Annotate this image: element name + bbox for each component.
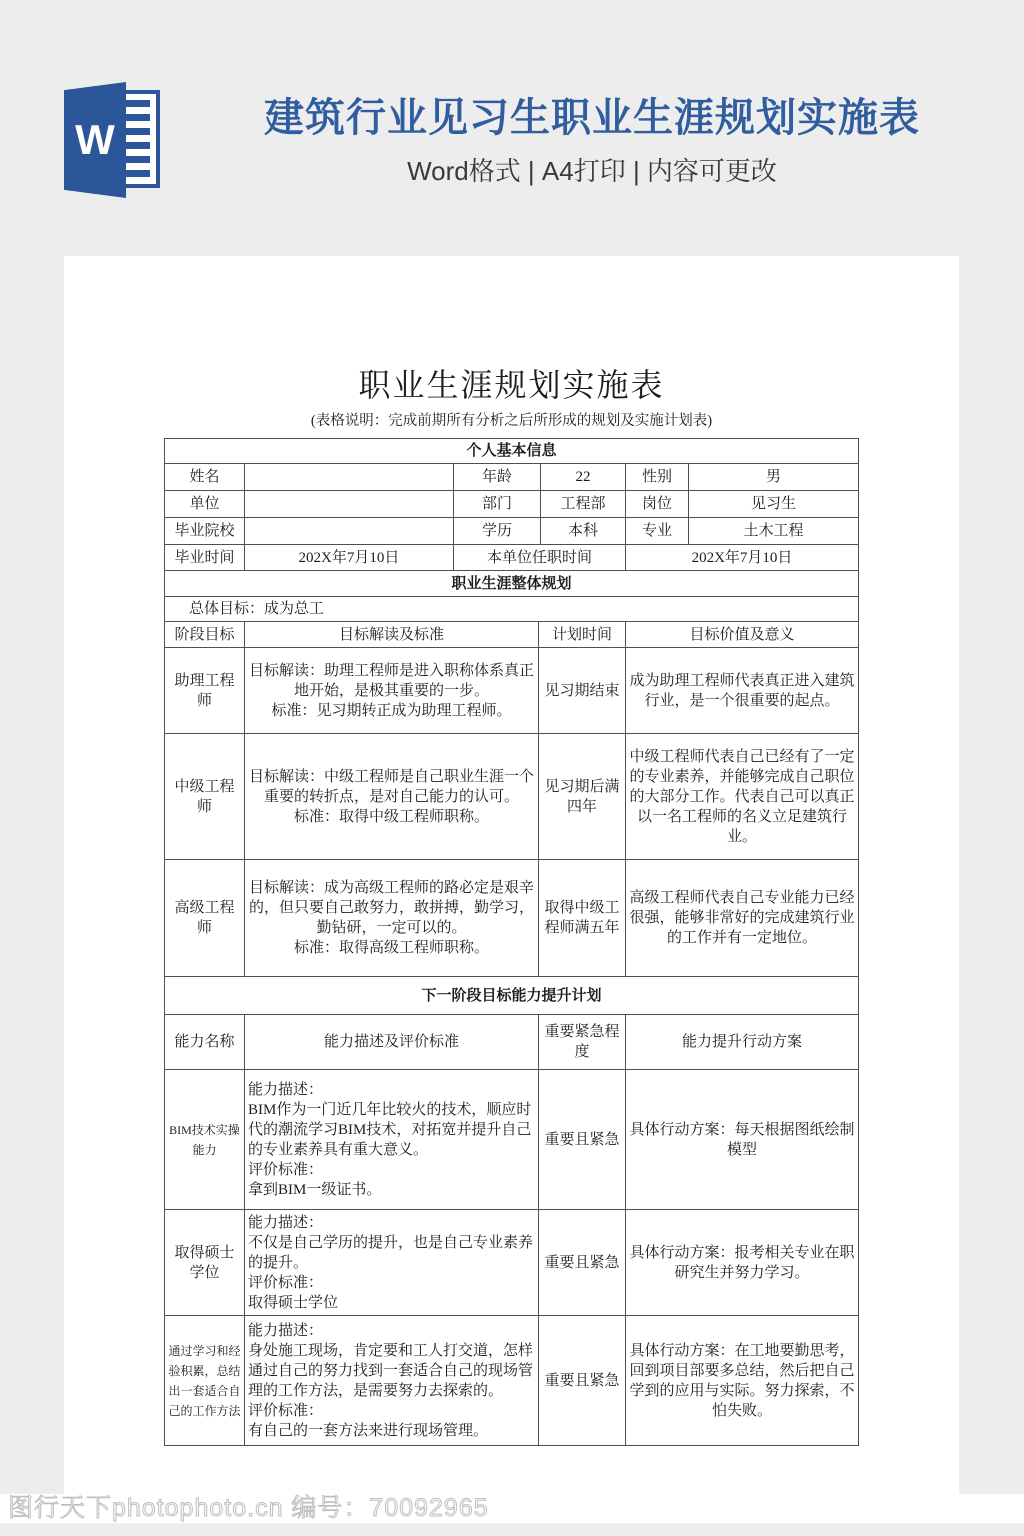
table-row: 毕业院校 学历 本科 专业 土木工程 [164,518,858,545]
ability-urgency: 重要且紧急 [538,1316,625,1446]
stage-value: 成为助理工程师代表真正进入建筑行业，是一个很重要的起点。 [625,648,858,734]
cell-label: 姓名 [164,464,244,491]
table-row: 姓名 年龄 22 性别 男 [164,464,858,491]
stage-detail: 目标解读：助理工程师是进入职称体系真正地开始，是极其重要的一步。 标准：见习期转… [244,648,538,734]
ability-action: 具体行动方案：在工地要勤思考，回到项目部要多总结，然后把自己学到的应用与实际。努… [625,1316,858,1446]
stage-time: 取得中级工程师满五年 [538,860,625,977]
ability-urgency: 重要且紧急 [538,1070,625,1210]
table-row: 取得硕士学位 能力描述： 不仅是自己学历的提升，也是自己专业素养的提升。 评价标… [164,1210,858,1316]
word-icon: W [64,82,160,198]
column-header: 能力描述及评价标准 [244,1015,538,1070]
cell-value: 工程部 [540,491,625,518]
cell-label: 学历 [453,518,540,545]
personal-info-table: 个人基本信息 姓名 年龄 22 性别 男 单位 部门 工程部 岗位 见习生 毕业… [164,438,859,571]
column-header: 能力名称 [164,1015,244,1070]
ability-action: 具体行动方案：报考相关专业在职研究生并努力学习。 [625,1210,858,1316]
banner-subtitle: Word格式 | A4打印 | 内容可更改 [190,154,994,188]
stage-detail: 目标解读：成为高级工程师的路必定是艰辛的，但只要自己敢努力，敢拼搏，勤学习，勤钻… [244,860,538,977]
section-personal-info: 个人基本信息 [164,439,858,464]
cell-value [244,464,453,491]
word-icon-letter: W [75,119,115,161]
table-row: 助理工程师 目标解读：助理工程师是进入职称体系真正地开始，是极其重要的一步。 标… [164,648,858,734]
cell-label: 部门 [453,491,540,518]
ability-name: BIM技术实操能力 [164,1070,244,1210]
ability-desc: 能力描述： BIM作为一门近几年比较火的技术，顺应时代的潮流学习BIM技术，对拓… [244,1070,538,1210]
table-row: 通过学习和经验积累，总结出一套适合自己的工作方法 能力描述： 身处施工现场，肯定… [164,1316,858,1446]
section-career-plan: 职业生涯整体规划 [164,571,858,597]
cell-label: 毕业时间 [164,545,244,571]
stage-value: 高级工程师代表自己专业能力已经很强，能够非常好的完成建筑行业的工作并有一定地位。 [625,860,858,977]
banner-text: 建筑行业见习生职业生涯规划实施表 Word格式 | A4打印 | 内容可更改 [190,92,994,188]
stage-goal: 中级工程师 [164,734,244,860]
cell-label: 专业 [625,518,688,545]
ability-name: 取得硕士学位 [164,1210,244,1316]
ability-desc: 能力描述： 身处施工现场，肯定要和工人打交道，怎样通过自己的努力找到一套适合自己… [244,1316,538,1446]
cell-value [244,491,453,518]
document-title: 职业生涯规划实施表 [64,364,959,406]
column-header: 目标解读及标准 [244,622,538,648]
cell-label: 单位 [164,491,244,518]
ability-plan-table: 下一阶段目标能力提升计划 能力名称 能力描述及评价标准 重要紧急程度 能力提升行… [164,976,859,1446]
watermark-band: 图行天下photophoto.cn 编号：70092965 [0,1494,1024,1523]
table-row: 单位 部门 工程部 岗位 见习生 [164,491,858,518]
ability-desc: 能力描述： 不仅是自己学历的提升，也是自己专业素养的提升。 评价标准： 取得硕士… [244,1210,538,1316]
cell-label: 性别 [625,464,688,491]
column-header: 能力提升行动方案 [625,1015,858,1070]
cell-value: 见习生 [688,491,858,518]
cell-label: 毕业院校 [164,518,244,545]
career-plan-table: 职业生涯整体规划 总体目标：成为总工 阶段目标 目标解读及标准 计划时间 目标价… [164,570,859,977]
cell-value: 202X年7月10日 [244,545,453,571]
cell-value: 本科 [540,518,625,545]
ability-action: 具体行动方案：每天根据图纸绘制模型 [625,1070,858,1210]
column-header: 重要紧急程度 [538,1015,625,1070]
document-sheet: 职业生涯规划实施表 (表格说明：完成前期所有分析之后所形成的规划及实施计划表) … [64,256,959,1495]
cell-value: 202X年7月10日 [625,545,858,571]
document-note: (表格说明：完成前期所有分析之后所形成的规划及实施计划表) [64,411,959,431]
stage-detail: 目标解读：中级工程师是自己职业生涯一个重要的转折点，是对自己能力的认可。 标准：… [244,734,538,860]
table-row: BIM技术实操能力 能力描述： BIM作为一门近几年比较火的技术，顺应时代的潮流… [164,1070,858,1210]
stage-goal: 助理工程师 [164,648,244,734]
watermark-text: 图行天下photophoto.cn 编号：70092965 [8,1495,489,1522]
cell-label: 本单位任职时间 [453,545,625,571]
table-row: 毕业时间 202X年7月10日 本单位任职时间 202X年7月10日 [164,545,858,571]
cell-value: 男 [688,464,858,491]
stage-time: 见习期结束 [538,648,625,734]
table-row: 高级工程师 目标解读：成为高级工程师的路必定是艰辛的，但只要自己敢努力，敢拼搏，… [164,860,858,977]
table-row: 中级工程师 目标解读：中级工程师是自己职业生涯一个重要的转折点，是对自己能力的认… [164,734,858,860]
cell-value: 22 [540,464,625,491]
ability-name: 通过学习和经验积累，总结出一套适合自己的工作方法 [164,1316,244,1446]
overall-goal: 总体目标：成为总工 [164,597,858,622]
table-header-row: 阶段目标 目标解读及标准 计划时间 目标价值及意义 [164,622,858,648]
stage-value: 中级工程师代表自己已经有了一定的专业素养，并能够完成自己职位的大部分工作。代表自… [625,734,858,860]
column-header: 目标价值及意义 [625,622,858,648]
table-header-row: 能力名称 能力描述及评价标准 重要紧急程度 能力提升行动方案 [164,1015,858,1070]
banner-title: 建筑行业见习生职业生涯规划实施表 [190,92,994,144]
word-icon-flag: W [64,82,126,198]
cell-label: 岗位 [625,491,688,518]
cell-value [244,518,453,545]
stage-goal: 高级工程师 [164,860,244,977]
top-banner: W 建筑行业见习生职业生涯规划实施表 Word格式 | A4打印 | 内容可更改 [0,0,1024,256]
column-header: 计划时间 [538,622,625,648]
column-header: 阶段目标 [164,622,244,648]
stage-time: 见习期后满四年 [538,734,625,860]
cell-label: 年龄 [453,464,540,491]
cell-value: 土木工程 [688,518,858,545]
section-ability-plan: 下一阶段目标能力提升计划 [164,977,858,1015]
ability-urgency: 重要且紧急 [538,1210,625,1316]
